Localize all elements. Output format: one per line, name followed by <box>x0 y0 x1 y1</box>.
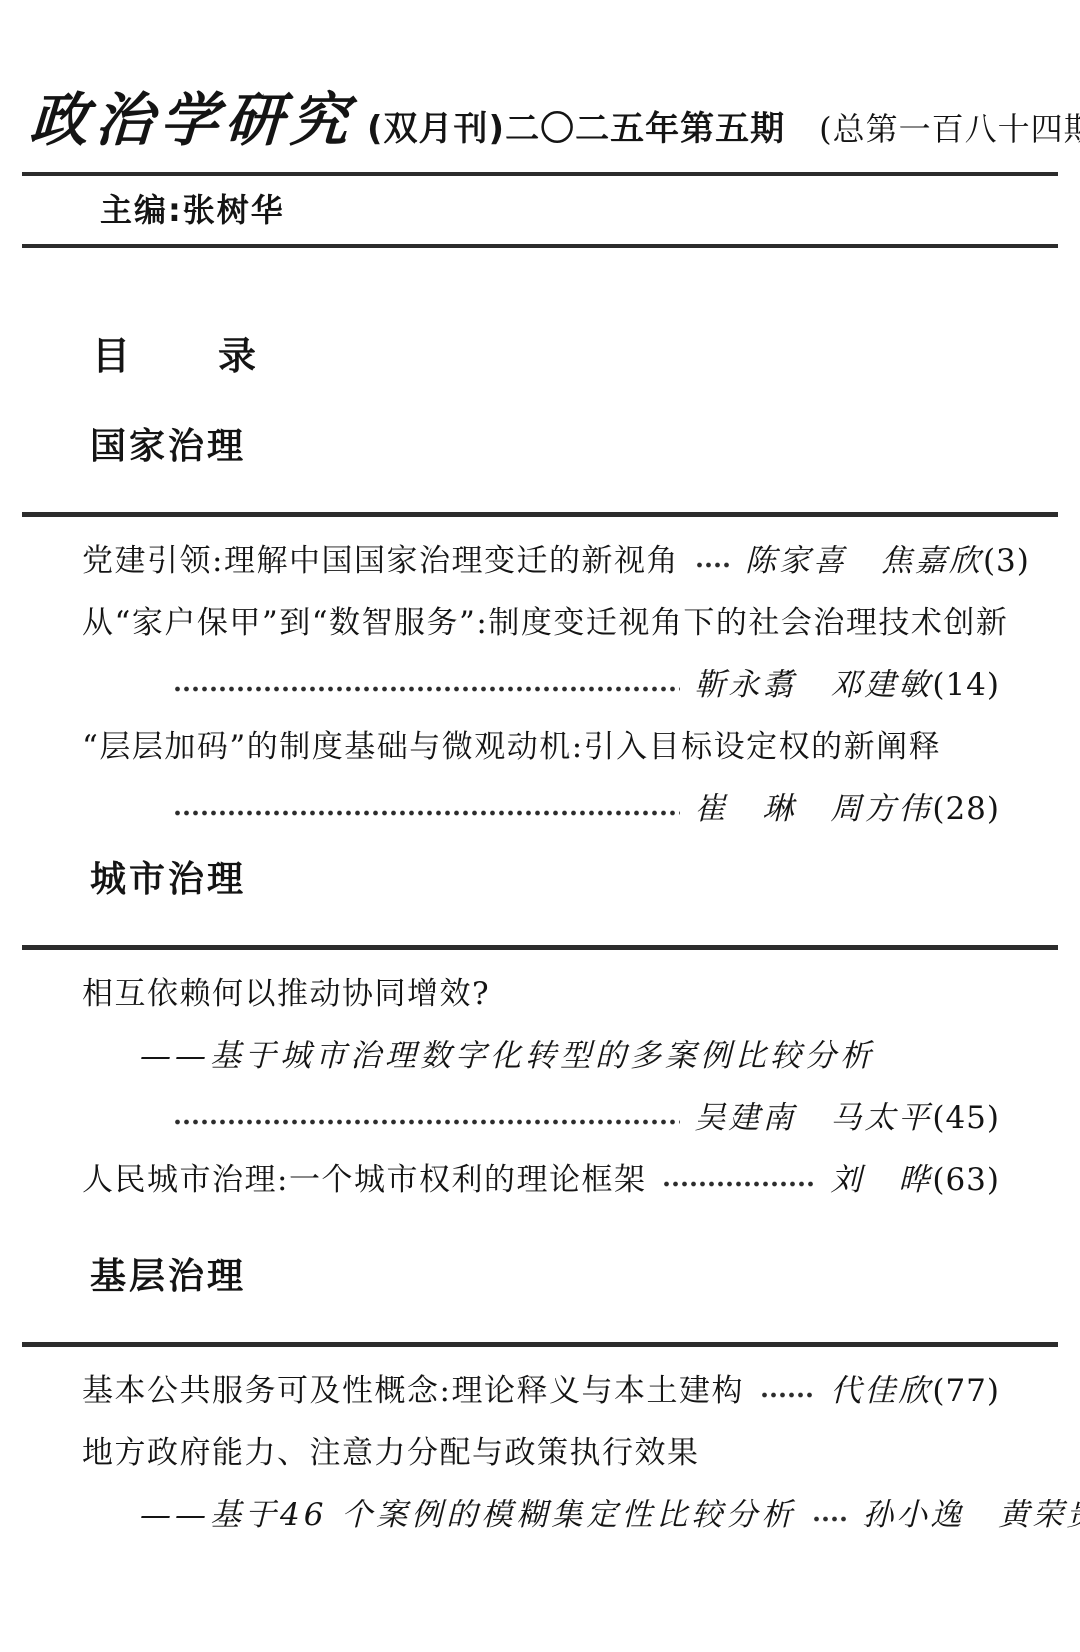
toc-entry-title-line: 从“家户保甲”到“数智服务”:制度变迁视角下的社会治理技术创新 <box>82 605 1000 641</box>
total-issue-number: (总第一百八十四期) <box>819 104 1080 150</box>
toc-title: 目 录 <box>0 334 1080 378</box>
dot-leader <box>173 808 680 818</box>
editor-line: 主编:张树华 <box>0 176 1080 244</box>
entry-title: “层层加码”的制度基础与微观动机:引入目标设定权的新阐释 <box>82 729 941 765</box>
entry-title: 从“家户保甲”到“数智服务”:制度变迁视角下的社会治理技术创新 <box>82 605 1008 641</box>
toc-entry-title-line: 相互依赖何以推动协同增效? <box>82 976 1000 1012</box>
entry-authors: 陈家喜 焦嘉欣 <box>745 543 983 579</box>
entry-title: 地方政府能力、注意力分配与政策执行效果 <box>82 1435 700 1471</box>
dot-leader <box>812 1514 848 1524</box>
divider-rule-editor <box>22 244 1058 248</box>
toc-entry-subtitle: ——基于城市治理数字化转型的多案例比较分析 <box>82 1038 1000 1074</box>
journal-toc-page: 政治学研究 (双月刊)二〇二五年第五期 (总第一百八十四期) 主编:张树华 目 … <box>0 0 1080 1652</box>
entry-title: 人民城市治理:一个城市权利的理论框架 <box>82 1162 646 1198</box>
toc-entry-continuation: 吴建南 马太平 (45) <box>82 1100 1000 1136</box>
section-grassroots-governance: 基层治理 基本公共服务可及性概念:理论释义与本土建构 代佳欣 (77) 地方政府… <box>0 1256 1080 1533</box>
entry-authors: 孙小逸 黄荣贵 <box>862 1497 1080 1533</box>
dot-leader <box>662 1179 816 1189</box>
toc-entry-continuation: 靳永翥 邓建敏 (14) <box>82 667 1000 703</box>
dot-leader <box>760 1390 816 1400</box>
entry-title: 基本公共服务可及性概念:理论释义与本土建构 <box>82 1373 744 1409</box>
toc-entry: 人民城市治理:一个城市权利的理论框架 刘 晔 (63) <box>82 1162 1000 1198</box>
section-heading: 国家治理 <box>0 426 1080 468</box>
section-rows: 党建引领:理解中国国家治理变迁的新视角 陈家喜 焦嘉欣 (3) 从“家户保甲”到… <box>0 517 1080 827</box>
section-rows: 基本公共服务可及性概念:理论释义与本土建构 代佳欣 (77) 地方政府能力、注意… <box>0 1347 1080 1533</box>
entry-authors: 崔 琳 周方伟 <box>694 791 932 827</box>
entry-page-number: (28) <box>932 791 1000 827</box>
entry-page-number: (77) <box>932 1373 1000 1409</box>
dot-leader <box>695 560 731 570</box>
toc-entry-title-line: “层层加码”的制度基础与微观动机:引入目标设定权的新阐释 <box>82 729 1000 765</box>
entry-title: 党建引领:理解中国国家治理变迁的新视角 <box>82 543 679 579</box>
entry-title: 相互依赖何以推动协同增效? <box>82 976 490 1012</box>
entry-authors: 刘 晔 <box>830 1162 932 1198</box>
toc-entry-continuation: 崔 琳 周方伟 (28) <box>82 791 1000 827</box>
entry-page-number: (63) <box>932 1162 1000 1198</box>
entry-authors: 代佳欣 <box>830 1373 932 1409</box>
issue-info: (双月刊)二〇二五年第五期 <box>367 101 785 150</box>
section-heading: 基层治理 <box>0 1256 1080 1298</box>
journal-title: 政治学研究 <box>28 86 357 156</box>
masthead: 政治学研究 (双月刊)二〇二五年第五期 (总第一百八十四期) <box>0 0 1080 156</box>
dot-leader <box>173 684 680 694</box>
dot-leader <box>173 1117 680 1127</box>
entry-subtitle: ——基于城市治理数字化转型的多案例比较分析 <box>140 1038 875 1074</box>
toc-entry: 基本公共服务可及性概念:理论释义与本土建构 代佳欣 (77) <box>82 1373 1000 1409</box>
entry-authors: 吴建南 马太平 <box>694 1100 932 1136</box>
section-heading: 城市治理 <box>0 859 1080 901</box>
section-urban-governance: 城市治理 相互依赖何以推动协同增效? ——基于城市治理数字化转型的多案例比较分析… <box>0 859 1080 1198</box>
entry-subtitle: ——基于46 个案例的模糊集定性比较分析 <box>140 1497 796 1533</box>
toc-entry-title-line: 地方政府能力、注意力分配与政策执行效果 <box>82 1435 1000 1471</box>
entry-page-number: (14) <box>932 667 1000 703</box>
section-rows: 相互依赖何以推动协同增效? ——基于城市治理数字化转型的多案例比较分析 吴建南 … <box>0 950 1080 1198</box>
toc-entry: 党建引领:理解中国国家治理变迁的新视角 陈家喜 焦嘉欣 (3) <box>82 543 1000 579</box>
entry-authors: 靳永翥 邓建敏 <box>694 667 932 703</box>
section-national-governance: 国家治理 党建引领:理解中国国家治理变迁的新视角 陈家喜 焦嘉欣 (3) 从“家… <box>0 426 1080 827</box>
entry-page-number: (45) <box>932 1100 1000 1136</box>
toc-entry-subtitle: ——基于46 个案例的模糊集定性比较分析 孙小逸 黄荣贵 (94) <box>82 1497 1000 1533</box>
entry-page-number: (3) <box>983 543 1030 579</box>
